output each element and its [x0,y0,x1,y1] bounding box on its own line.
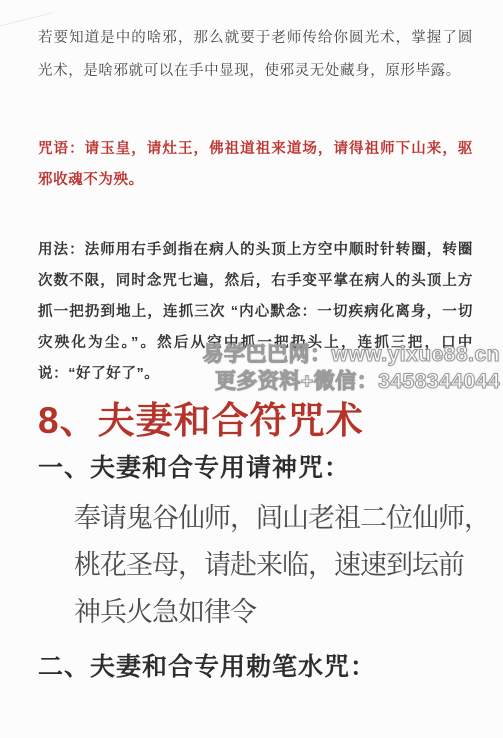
section-heading: 8、夫妻和合符咒术 [38,398,503,444]
watermark-contact-line: 更多资料+微信：3458344044 [203,368,500,395]
chant-line-3: 神兵火急如律令 [74,589,503,636]
chant-line-1: 奉请鬼谷仙师，闾山老祖二位仙师， [74,495,503,542]
chant-block: 奉请鬼谷仙师，闾山老祖二位仙师， 桃花圣母，请赴来临，速速到坛前 神兵火急如律令 [74,495,503,636]
subsection-1-title: 一、夫妻和合专用请神咒： [38,453,503,483]
watermark-site-line: 易学巴巴网：www.yixue88.cn [203,341,500,368]
document-page: 若要知道是中的啥邪，那么就要于老师传给你圆光术，掌握了圆光术，是啥邪就可以在手中… [0,0,503,738]
watermark: 易学巴巴网：www.yixue88.cn 更多资料+微信：3458344044 [203,341,500,395]
mantra-paragraph: 咒语：请玉皇，请灶王，佛祖道祖来道场，请得祖师下山来，驱邪收魂不为殃。 [38,134,473,196]
subsection-2-title: 二、夫妻和合专用勅笔水咒： [38,652,503,682]
intro-paragraph: 若要知道是中的啥邪，那么就要于老师传给你圆光术，掌握了圆光术，是啥邪就可以在手中… [38,0,473,88]
chant-line-2: 桃花圣母，请赴来临，速速到坛前 [74,542,503,589]
